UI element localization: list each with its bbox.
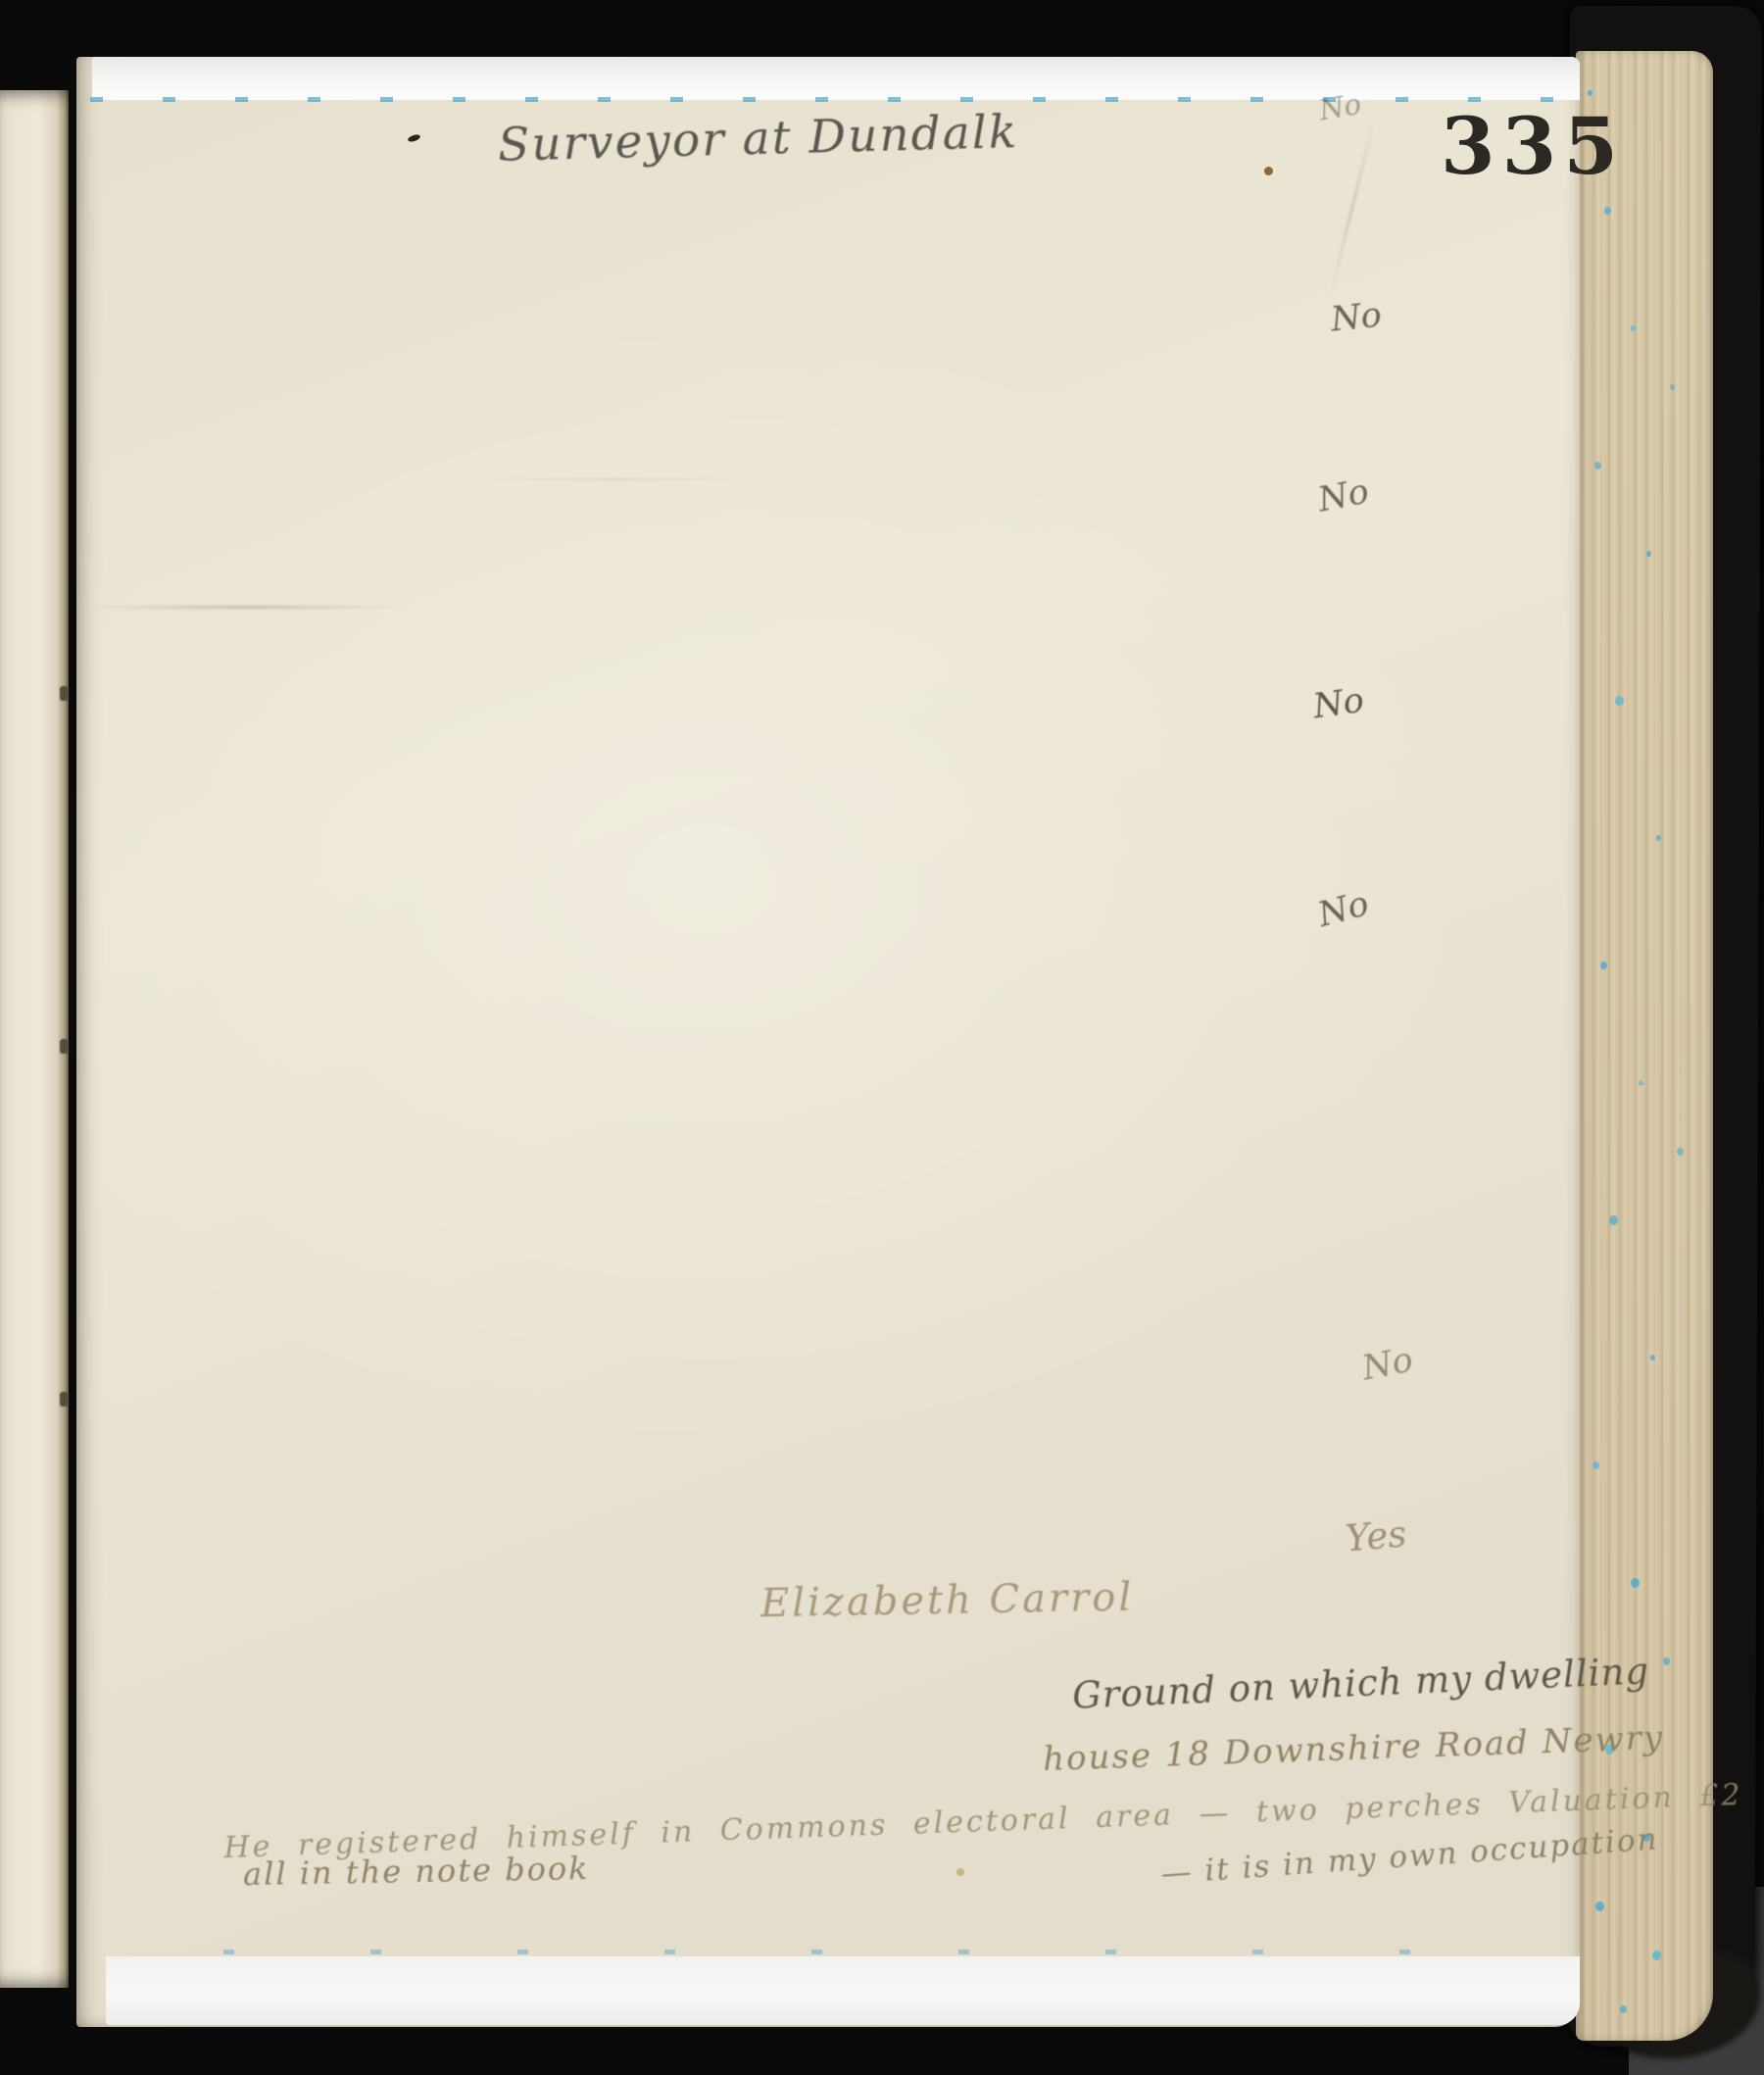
note-line: all in the note book xyxy=(243,1850,590,1893)
brown-fleck xyxy=(1264,167,1273,175)
margin-answer: No xyxy=(1314,884,1373,935)
paper-crease xyxy=(84,606,408,609)
margin-answer: Yes xyxy=(1344,1512,1408,1559)
facing-page-sliver xyxy=(0,90,69,1988)
paper-crease xyxy=(1328,118,1376,299)
margin-answer: No xyxy=(1310,681,1366,727)
page-bottom-edge xyxy=(106,1956,1580,2025)
blue-dashes-bottom xyxy=(223,1950,1541,1954)
margin-answer: No xyxy=(1316,87,1363,127)
header-annotation: Surveyor at Dundalk xyxy=(497,105,1019,173)
margin-answer: No xyxy=(1315,471,1372,519)
page-number: 335 xyxy=(1441,100,1625,192)
blue-speckles xyxy=(1588,90,1592,96)
margin-answer: No xyxy=(1359,1340,1416,1388)
witness-signature: Elizabeth Carrol xyxy=(760,1575,1135,1627)
stain-fleck xyxy=(956,1868,964,1876)
binding-stitch xyxy=(60,1039,69,1054)
binding-stitch xyxy=(60,1392,69,1407)
binding-stitch xyxy=(60,686,69,701)
note-line: Ground on which my dwelling xyxy=(1071,1650,1649,1717)
margin-answer: No xyxy=(1329,295,1384,339)
note-line: house 18 Downshire Road Newry xyxy=(1042,1718,1664,1779)
scanned-page: Surveyor at Dundalk 335 No No No No No N… xyxy=(76,57,1580,2027)
ink-fleck xyxy=(407,133,420,143)
book-scan: Surveyor at Dundalk 335 No No No No No N… xyxy=(0,0,1764,2075)
paper-crease xyxy=(488,478,743,480)
